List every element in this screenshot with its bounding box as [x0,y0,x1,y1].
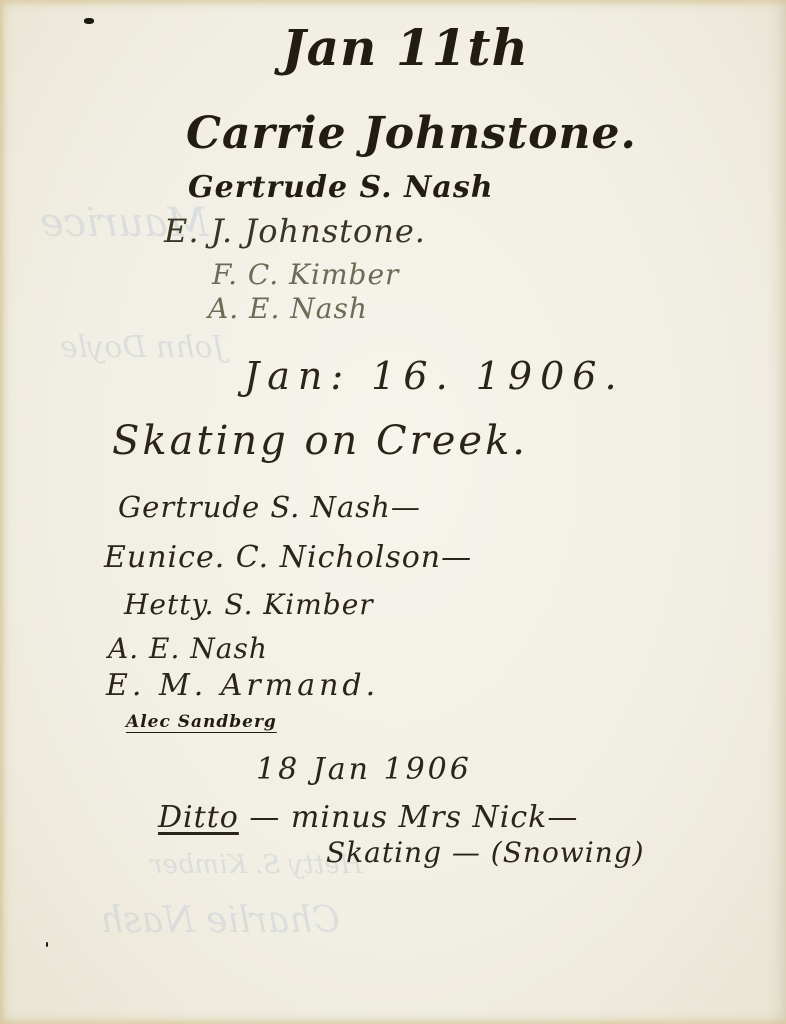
signature: A. E. Nash [108,632,268,665]
ditto-word: Ditto [158,800,239,835]
signature: Gertrude S. Nash— [118,490,421,524]
signature: Carrie Johnstone. [186,108,637,159]
entry-3-note-line2: Skating — (Snowing) [326,836,645,869]
entry-3-note-rest: — minus Mrs Nick— [239,800,579,835]
entry-3-date: 18 Jan 1906 [256,752,472,787]
signature: Gertrude S. Nash [188,170,494,205]
entry-1-date: Jan 11th [282,18,529,77]
entry-3-note-line1: Ditto — minus Mrs Nick— [158,800,578,835]
signature: A. E. Nash [208,292,368,325]
signature: Eunice. C. Nicholson— [104,540,472,575]
bleed-through-text: John Doyle [60,330,225,365]
signature: F. C. Kimber [212,258,399,291]
entry-2-date: Jan: 16. 1906. [244,354,625,398]
signature: E. J. Johnstone. [164,212,426,250]
guestbook-page: Maurice John Doyle Hetty S. Kimber Charl… [0,0,786,1024]
ink-speck [46,942,48,947]
ink-speck [84,18,94,24]
signature: Alec Sandberg [126,712,277,732]
signature: Hetty. S. Kimber [124,588,374,621]
bleed-through-text: Charlie Nash [100,900,340,941]
signature: E. M. Armand. [106,668,379,703]
entry-2-note: Skating on Creek. [112,418,528,464]
